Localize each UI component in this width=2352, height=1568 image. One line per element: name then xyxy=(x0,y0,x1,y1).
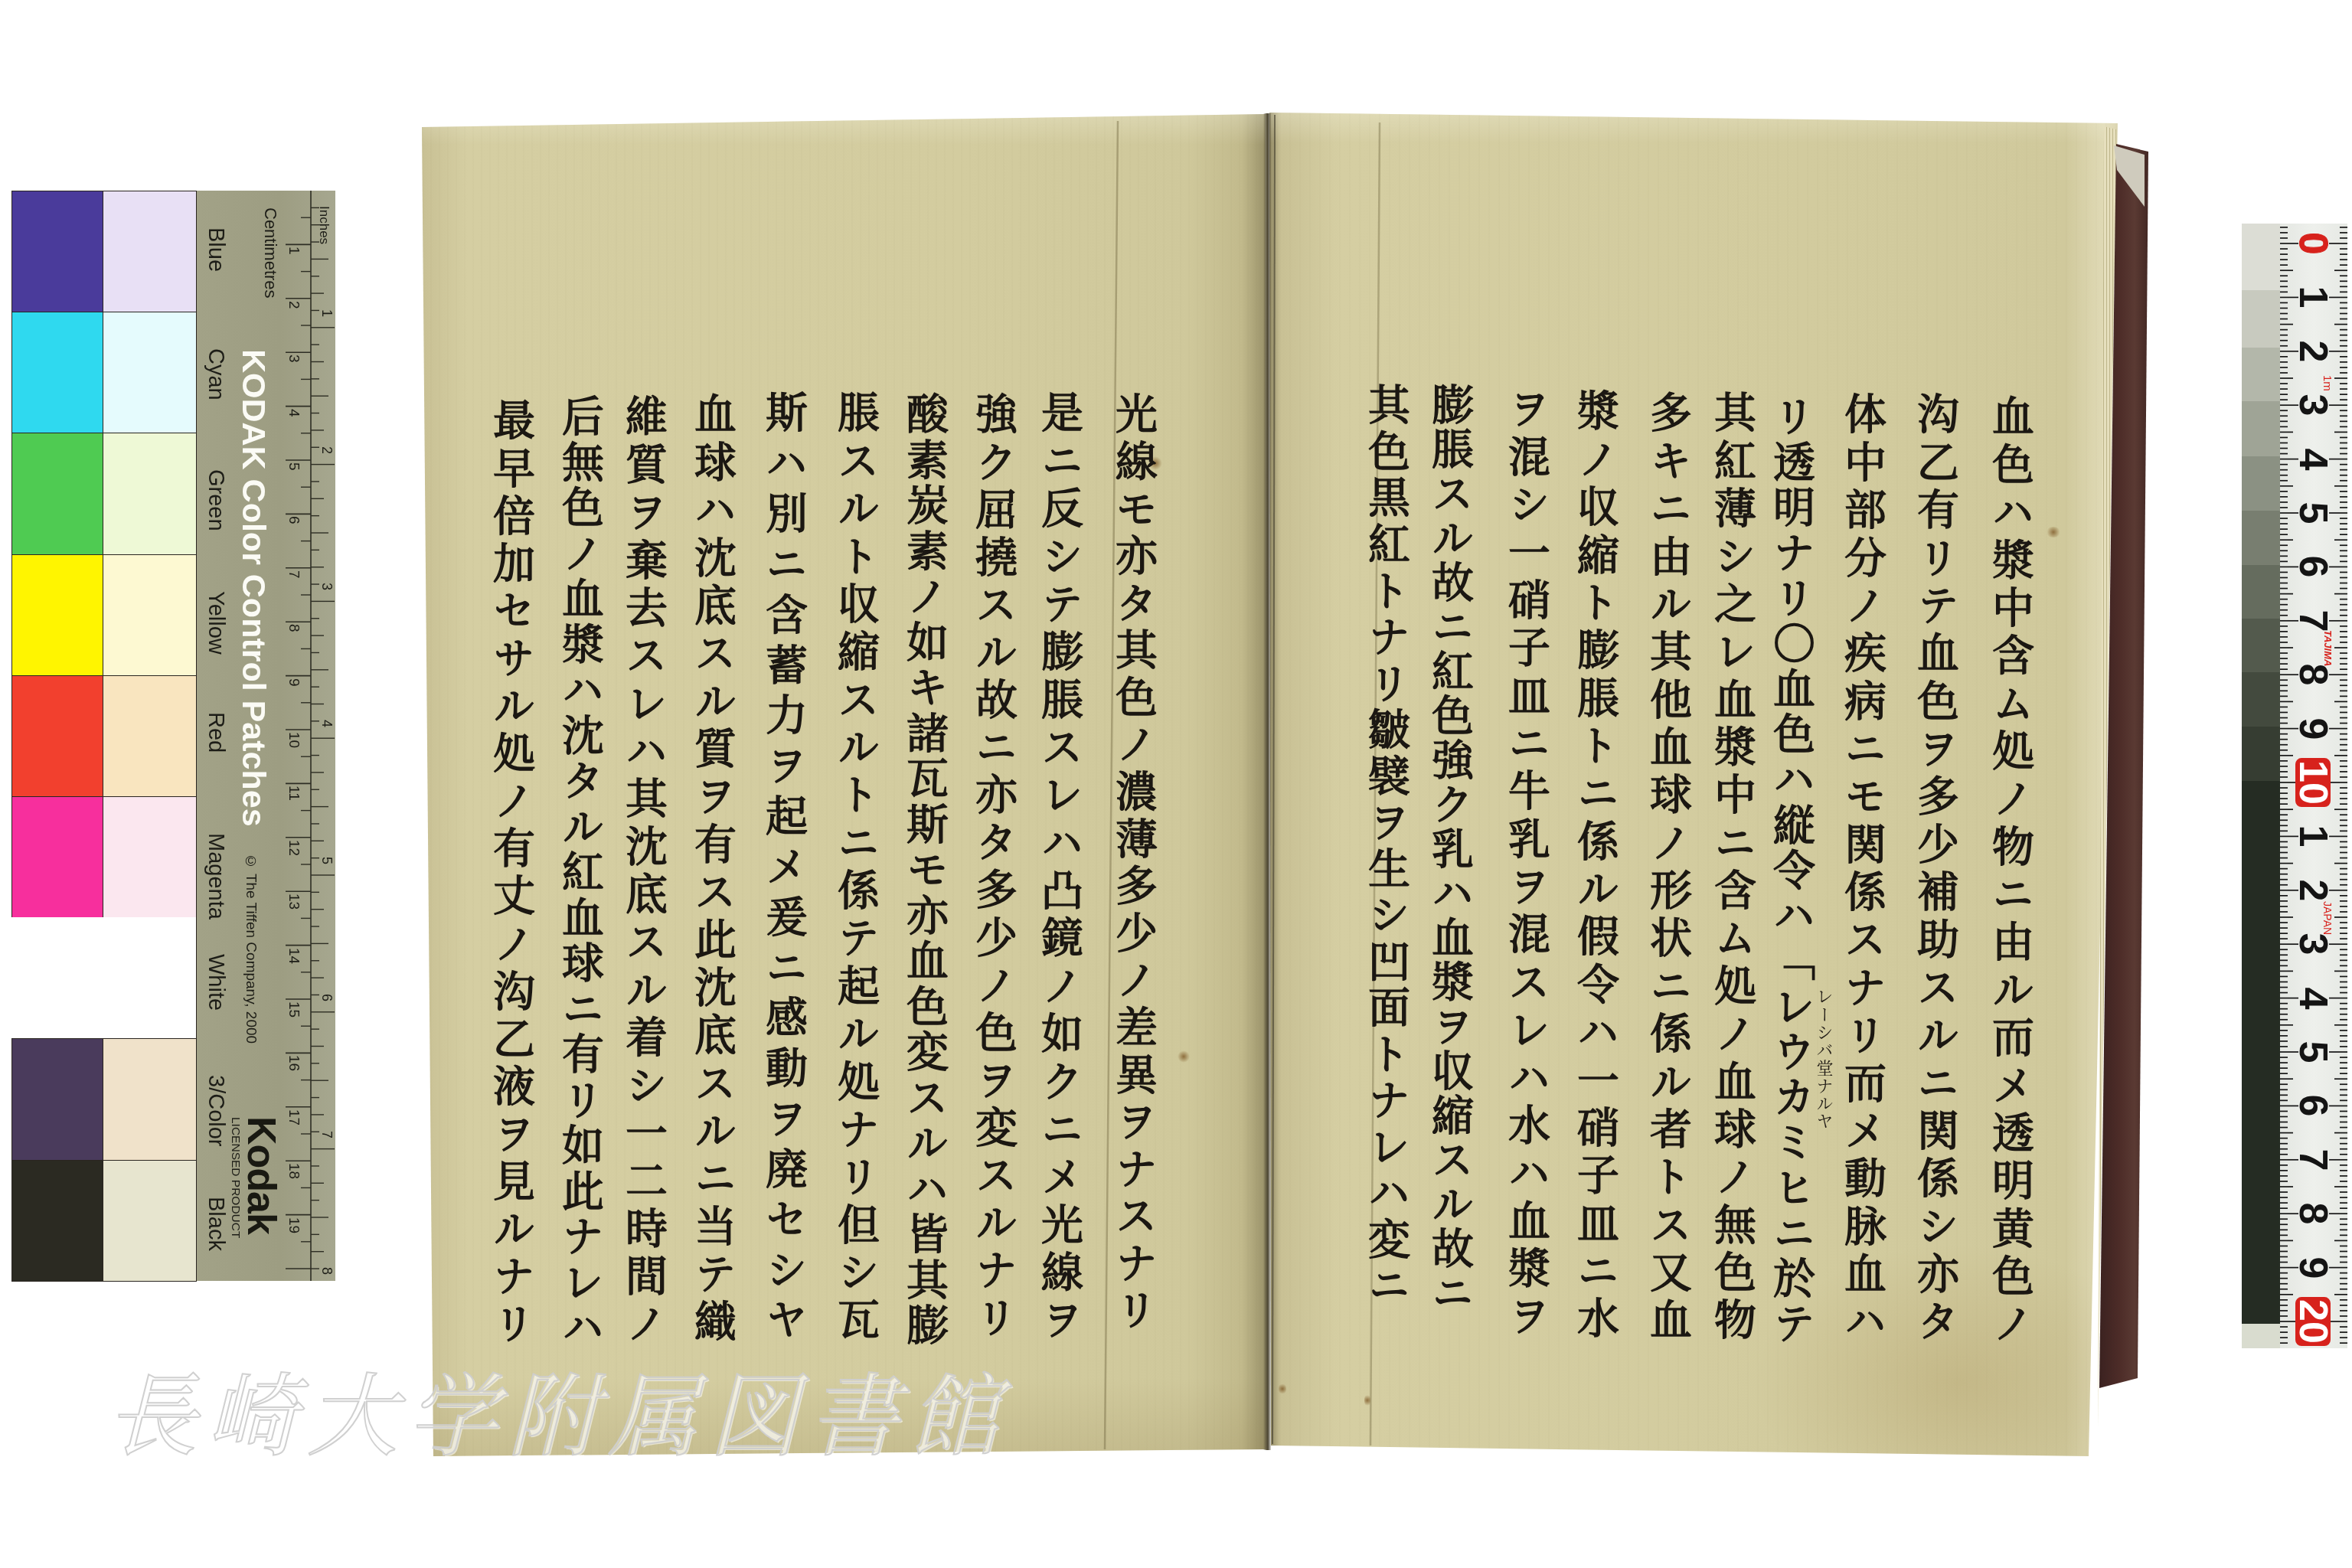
tape-number: 2 xyxy=(2295,340,2331,362)
tape-number: 3 xyxy=(2295,933,2331,955)
tape-number: 9 xyxy=(2295,1256,2331,1279)
gray-step xyxy=(2242,565,2280,619)
ink-stain xyxy=(1364,1393,1370,1407)
marginal-annotation: レーシバ堂ナルヤ xyxy=(1811,988,1834,1129)
tape-number: 9 xyxy=(2295,717,2331,740)
tape-measure-scale: 01234567891012345678920 1m TAJIMA JAPAN xyxy=(2242,224,2347,1348)
gray-step xyxy=(2242,1324,2280,1348)
gray-step xyxy=(2242,672,2280,727)
brand-label: TAJIMA xyxy=(2323,630,2333,666)
tape-number: 20 xyxy=(2295,1297,2331,1346)
text-column: 斯ハ別ニ含蓄力ヲ起メ爰ニ感動ヲ廃セシヤ xyxy=(753,390,813,1340)
tape-number: 10 xyxy=(2295,758,2331,807)
text-column: 最早倍加セサル処ノ有丈ノ沟乙液ヲ見ルナリ xyxy=(481,398,541,1344)
text-column: 酸素炭素ノ如キ諸瓦斯モ亦血色変スルハ皆其膨 xyxy=(894,392,954,1345)
tape-number: 8 xyxy=(2295,664,2331,686)
gray-step xyxy=(2242,401,2280,456)
text-column: リ透明ナリ〇血色ハ縦令ハ「レウカミヒニ於テ xyxy=(1761,394,1821,1344)
origin-label: JAPAN xyxy=(2322,901,2333,935)
tape-number: 1 xyxy=(2295,825,2331,848)
text-column: 其紅薄シ之レ血漿中ニ含ム処ノ血球ノ無色物 xyxy=(1702,390,1762,1340)
tape-number: 5 xyxy=(2295,1041,2331,1063)
gray-scale-strip xyxy=(2242,224,2280,1348)
right-page-inner-edge xyxy=(1272,115,1275,1444)
text-column: 多キニ由ル其他血球ノ形状ニ係ル者トス又血 xyxy=(1638,390,1697,1340)
tape-number: 4 xyxy=(2295,448,2331,470)
tape-number: 6 xyxy=(2295,556,2331,578)
text-column: 血色ハ漿中含ム処ノ物ニ由ル而メ透明黄色ノ xyxy=(1980,394,2040,1344)
ink-stain xyxy=(1279,1383,1286,1395)
text-column: 強ク屈撓スル故ニ亦タ多少ノ色ヲ変スルナリ xyxy=(963,392,1023,1338)
tape-body: 01234567891012345678920 1m TAJIMA JAPAN xyxy=(2280,224,2347,1348)
gray-step xyxy=(2242,456,2280,511)
text-column: 沟乙有リテ血色ヲ多少補助スルニ関係シ亦タ xyxy=(1905,392,1965,1341)
text-column: 漿ノ収縮ト膨脹トニ係ル假令ハ一硝子皿ニ水 xyxy=(1565,389,1625,1338)
tape-number: 0 xyxy=(2295,233,2331,255)
text-column: 血球ハ沈底スル質ヲ有ス此沈底スルニ当テ織 xyxy=(682,392,742,1341)
gray-step xyxy=(2242,727,2280,781)
ink-stain xyxy=(2046,527,2061,537)
text-column: ヲ混シ一硝子皿ニ牛乳ヲ混スレハ水ハ血漿ヲ xyxy=(1496,387,1556,1336)
tape-number: 7 xyxy=(2295,1148,2331,1171)
unit-label: 1m xyxy=(2321,375,2332,391)
gray-step xyxy=(2242,348,2280,401)
tape-number: 1 xyxy=(2295,286,2331,309)
text-column: 維質ヲ棄去スレハ其沈底スル着シ一二時間ノ xyxy=(613,394,673,1344)
gray-step xyxy=(2242,290,2280,348)
scan-canvas: KODAK Color Control Patches © The Tiffen… xyxy=(0,0,2352,1568)
ink-stain xyxy=(1178,1050,1190,1063)
text-column: 光線モ亦タ其色ノ濃薄多少ノ差異ヲナスナリ xyxy=(1103,392,1163,1330)
text-column: 体中部分ノ疾病ニモ関係スナリ而メ動脉血ハ xyxy=(1832,392,1892,1341)
gray-step xyxy=(2242,224,2280,290)
tape-number: 4 xyxy=(2295,987,2331,1009)
tape-number: 3 xyxy=(2295,394,2331,416)
text-column: 后無色ノ血漿ハ沈タル紅血球ニ有リ如此ナレハ xyxy=(550,394,609,1347)
gray-step xyxy=(2242,619,2280,672)
gray-step xyxy=(2242,781,2280,1324)
text-column: 脹スルト収縮スルトニ係テ起ル処ナリ但シ瓦 xyxy=(825,390,885,1340)
tape-number: 6 xyxy=(2295,1095,2331,1117)
tape-number: 8 xyxy=(2295,1203,2331,1225)
tape-number: 7 xyxy=(2295,609,2331,632)
tape-number: 2 xyxy=(2295,879,2331,901)
library-watermark: 長崎大学附属図書館 xyxy=(106,1367,1009,1466)
text-column: 其色黒紅トナリ皺襞ヲ生シ凹面トナレハ変ニ xyxy=(1356,383,1416,1305)
text-column: 是ニ反シテ膨脹スレハ凸鏡ノ如クニメ光線ヲ xyxy=(1029,390,1089,1340)
tape-number: 5 xyxy=(2295,502,2331,524)
text-column: 膨脹スル故ニ紅色強ク乳ハ血漿ヲ収縮スル故ニ xyxy=(1419,383,1479,1313)
gray-step xyxy=(2242,511,2280,565)
